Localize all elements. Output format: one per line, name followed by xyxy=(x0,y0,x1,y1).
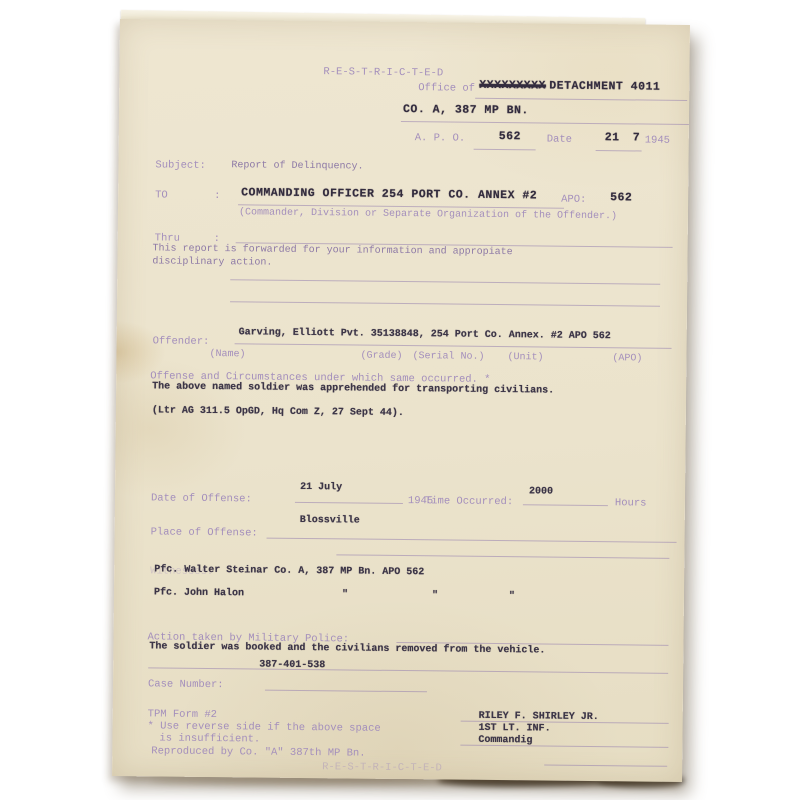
date-day: 21 xyxy=(605,131,620,144)
case-underline xyxy=(265,690,427,693)
time-occurred-value: 2000 xyxy=(529,486,553,497)
apo-underline xyxy=(474,149,536,151)
offender-label: Offender: xyxy=(153,335,210,348)
footer-note-2: is insufficient. xyxy=(159,732,260,745)
ditto-mark-3: " xyxy=(509,591,515,602)
to-colon: : xyxy=(214,190,220,202)
signature-line-bottom xyxy=(460,745,668,748)
subject-value: Report of Delinquency. xyxy=(231,160,363,172)
to-apo-value: 562 xyxy=(610,191,632,204)
form-sheet: R-E-S-T-R-I-C-T-E-D Office of XXXXXXXXX … xyxy=(112,19,690,782)
classification-bottom: R-E-S-T-R-I-C-T-E-D xyxy=(322,761,442,774)
offense-statement: The above named soldier was apprehended … xyxy=(152,381,554,396)
overstruck-unit-text: XXXXXXXXX xyxy=(479,79,546,93)
office-underline xyxy=(475,98,687,101)
date-of-offense-value: 21 July xyxy=(300,482,342,493)
footer-note-3: Reproduced by Co. "A" 387th MP Bn. xyxy=(151,745,365,759)
to-label: TO xyxy=(155,189,168,201)
caption-apo: (APO) xyxy=(612,353,642,364)
apo-value: 562 xyxy=(499,130,521,143)
time-underline xyxy=(523,504,608,506)
signature-rank: 1ST LT. INF. xyxy=(479,723,551,735)
bottom-right-line xyxy=(544,765,667,767)
subject-label: Subject: xyxy=(155,159,206,172)
witness-line-2: Pfc. John Halon xyxy=(154,587,244,599)
offender-value: Garving, Elliott Pvt. 35138848, 254 Port… xyxy=(239,327,611,342)
place-underline xyxy=(267,538,677,543)
date-year: 1945 xyxy=(645,135,670,147)
to-value: COMMANDING OFFICER 254 PORT CO. ANNEX #2 xyxy=(241,186,537,202)
ditto-mark-2: " xyxy=(432,590,438,601)
mid-underline xyxy=(336,554,669,558)
case-number-value: 387-401-538 xyxy=(259,660,325,672)
classification-top: R-E-S-T-R-I-C-T-E-D xyxy=(323,66,443,79)
place-of-offense-value: Blossville xyxy=(300,515,360,527)
unit-underline xyxy=(401,121,689,125)
detachment-value: DETACHMENT 4011 xyxy=(549,80,660,94)
date-of-offense-underline xyxy=(295,502,403,504)
to-apo-label: APO: xyxy=(561,194,586,206)
unit-line: CO. A, 387 MP BN. xyxy=(403,103,529,117)
hours-label: Hours xyxy=(615,497,647,509)
caption-unit: (Unit) xyxy=(507,352,543,363)
date-month: 7 xyxy=(633,131,641,144)
to-caption: (Commander, Division or Separate Organiz… xyxy=(239,207,617,222)
date-underline xyxy=(596,150,642,151)
caption-name: (Name) xyxy=(209,349,245,360)
signature-name: RILEY F. SHIRLEY JR. xyxy=(479,711,599,723)
forward-note-line2: disciplinary action. xyxy=(152,256,272,268)
offense-reference: (Ltr AG 311.5 OpGD, Hq Com Z, 27 Sept 44… xyxy=(152,405,404,419)
date-label: Date xyxy=(547,134,572,146)
blank-line-1 xyxy=(230,279,660,285)
case-number-label: Case Number: xyxy=(148,678,224,691)
caption-grade: (Grade) xyxy=(360,351,402,362)
apo-label: A. P. O. xyxy=(415,132,466,145)
document-photo: R-E-S-T-R-I-C-T-E-D Office of XXXXXXXXX … xyxy=(0,0,800,800)
date-of-offense-label: Date of Offense: xyxy=(151,492,252,505)
time-occurred-label: Time Occurred: xyxy=(425,495,513,508)
office-of-label: Office of xyxy=(418,82,475,95)
offender-underline xyxy=(235,343,672,349)
case-long-line xyxy=(148,667,668,673)
blank-line-2 xyxy=(230,301,660,307)
form-id: TPM Form #2 xyxy=(148,708,217,721)
caption-serial: (Serial No.) xyxy=(412,351,484,363)
ditto-mark-1: " xyxy=(342,589,348,600)
place-of-offense-label: Place of Offense: xyxy=(151,526,258,539)
